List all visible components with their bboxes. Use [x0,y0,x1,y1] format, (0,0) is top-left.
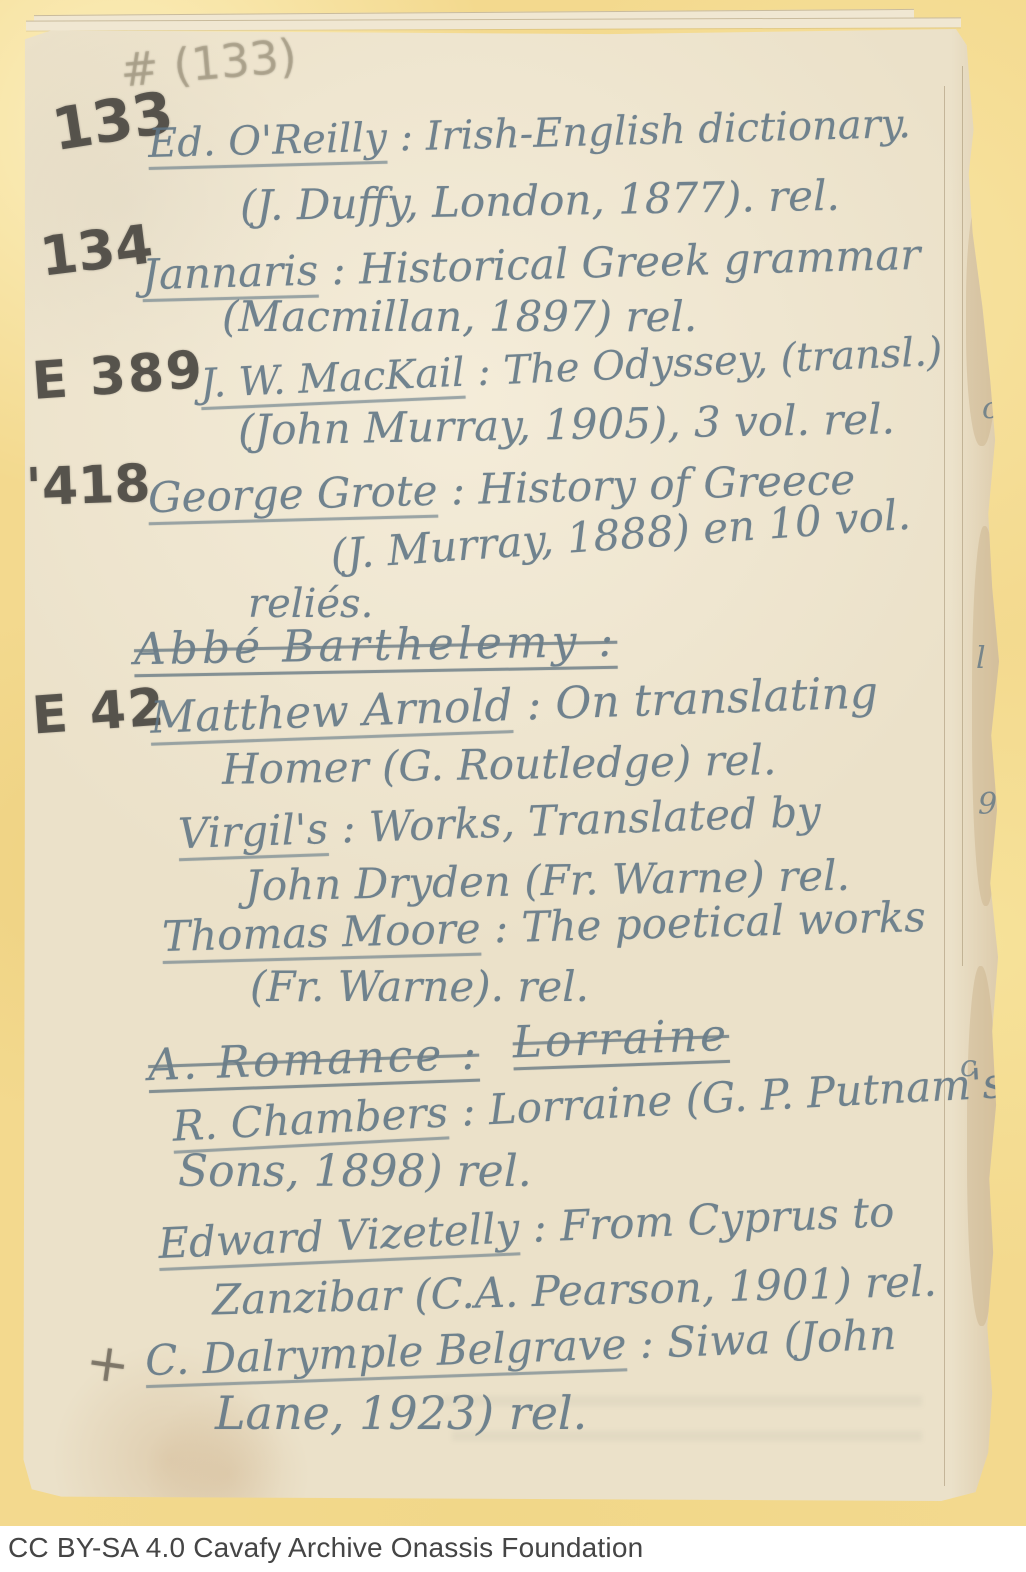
author-name: C. Dalrymple Belgrave [144,1319,627,1385]
author-name: Ed. O'Reilly [148,115,388,167]
author-name: Virgil's [177,804,329,858]
struck-text: Abbé Barthelemy : [134,616,618,675]
entry-line: (Fr. Warne). rel. [250,964,589,1010]
license-caption: CC BY-SA 4.0 Cavafy Archive Onassis Foun… [8,1532,643,1564]
entry-text: : The poetical works [480,892,926,953]
author-name: Edward Vizetelly [157,1203,520,1268]
entry-line: Lane, 1923) rel. [215,1388,587,1439]
entry-text: (Fr. Warne). rel. [250,962,589,1011]
entry-line: Jannaris : Historical Greek grammar [142,232,921,299]
struck-text: Lorraine [512,1010,730,1069]
page-fold-line [944,86,945,1486]
entry-text: : From Cyprus to [518,1187,895,1252]
author-name: George Grote [147,466,438,523]
entry-text: Sons, 1898) rel. [178,1146,532,1197]
entry-line: (Macmillan, 1897) rel. [222,294,697,340]
pencil-plus-mark: + [83,1335,133,1393]
entry-line: Sons, 1898) rel. [178,1148,532,1196]
tear-stain [972,526,1000,906]
edge-ink-fragment: 9 [978,790,997,820]
entry-text: : Siwa (John [625,1310,897,1368]
pencil-number-134: 134 [37,217,155,284]
edge-ink-fragment: c [960,1052,977,1082]
entry-line: Homer (G. Routledge) rel. [222,737,777,793]
entry-text: (John Murray, 1905), 3 vol. rel. [238,394,896,454]
entry-text: (J. Duffy, London, 1877). rel. [240,171,841,230]
pencil-number-E42: E 42 [30,681,167,742]
entry-line: Matthew Arnold : On translating [149,669,878,743]
entry-text: (Macmillan, 1897) rel. [222,292,697,341]
entry-text: : On translating [512,667,879,731]
entry-text: Lane, 1923) rel. [215,1386,587,1440]
entry-text: : Works, Translated by [327,787,821,853]
entry-text: : Irish-English dictionary. [386,101,911,161]
entry-line: Edward Vizetelly : From Cyprus to [157,1189,895,1267]
license-caption-bar: CC BY-SA 4.0 Cavafy Archive Onassis Foun… [0,1526,1026,1572]
entry-line: (John Murray, 1905), 3 vol. rel. [238,396,896,454]
pencil-number-E389: E 389 [30,344,205,408]
pencil-number-418: '418 [25,458,151,514]
stacked-sheet-edge [26,17,961,30]
tear-stain [967,966,997,1326]
entry-line: (J. Duffy, London, 1877). rel. [240,173,841,230]
entry-line: Virgil's : Works, Translated by [177,789,821,858]
edge-ink-fragment: o [982,394,1000,424]
author-name: J. W. MacKail [199,350,465,407]
entry-line-struck: Abbé Barthelemy : [134,618,618,675]
photo-background: # (133) 133 134 E 389 '418 E 42 + Ed. O'… [0,0,1026,1572]
struck-text: A. Romance : [147,1029,480,1092]
page-fold-line [962,66,963,966]
manuscript-page: # (133) 133 134 E 389 '418 E 42 + Ed. O'… [22,26,1000,1504]
entry-line: Ed. O'Reilly : Irish-English dictionary. [148,102,912,166]
author-name: R. Chambers [171,1087,449,1150]
entry-text: Homer (G. Routledge) rel. [222,735,777,794]
author-name: Thomas Moore [161,904,481,961]
author-name: Matthew Arnold [149,680,513,744]
entry-text: : Historical Greek grammar [318,230,921,295]
edge-ink-fragment: l [976,644,986,674]
